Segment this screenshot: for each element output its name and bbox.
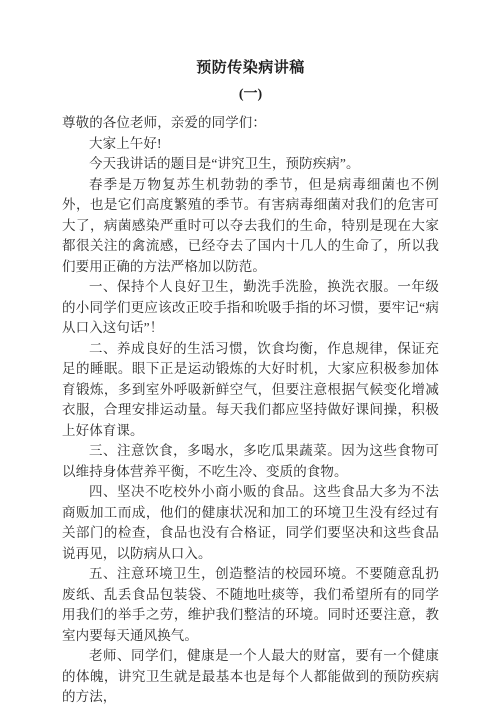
intro-paragraph: 春季是万物复苏生机勃勃的季节，但是病毒细菌也不例外，也是它们高度繁殖的季节。有害… [62, 175, 439, 278]
point-4-paragraph: 四、坚决不吃校外小商小贩的食品。这些食品大多为不法商贩加工而成，他们的健康状况和… [62, 482, 439, 564]
closing-paragraph: 老师、同学们，健康是一个人最大的财富，要有一个健康的体魄，讲究卫生就是最基本也是… [62, 646, 439, 707]
document-title: 预防传染病讲稿 [62, 58, 439, 79]
document-body: 尊敬的各位老师，亲爱的同学们： 大家上午好! 今天我讲话的题目是“讲究卫生，预防… [62, 113, 439, 707]
part-number-label: (一) [62, 85, 439, 105]
point-2-paragraph: 二、养成良好的生活习惯，饮食均衡，作息规律，保证充足的睡眠。眼下正是运动锻炼的大… [62, 339, 439, 442]
point-3-paragraph: 三、注意饮食，多喝水，多吃瓜果蔬菜。因为这些食物可以维持身体营养平衡，不吃生冷、… [62, 441, 439, 482]
point-1-paragraph: 一、保持个人良好卫生，勤洗手洗脸，换洗衣服。一年级的小同学们更应该改正咬手指和吮… [62, 277, 439, 339]
document-page: 预防传染病讲稿 (一) 尊敬的各位老师，亲爱的同学们： 大家上午好! 今天我讲话… [0, 0, 500, 707]
topic-paragraph: 今天我讲话的题目是“讲究卫生，预防疾病”。 [62, 154, 439, 175]
greeting-paragraph: 大家上午好! [62, 134, 439, 155]
point-5-paragraph: 五、注意环境卫生，创造整洁的校园环境。不要随意乱扔废纸、乱丢食品包装袋、不随地吐… [62, 564, 439, 646]
salutation-line: 尊敬的各位老师，亲爱的同学们： [62, 113, 439, 134]
